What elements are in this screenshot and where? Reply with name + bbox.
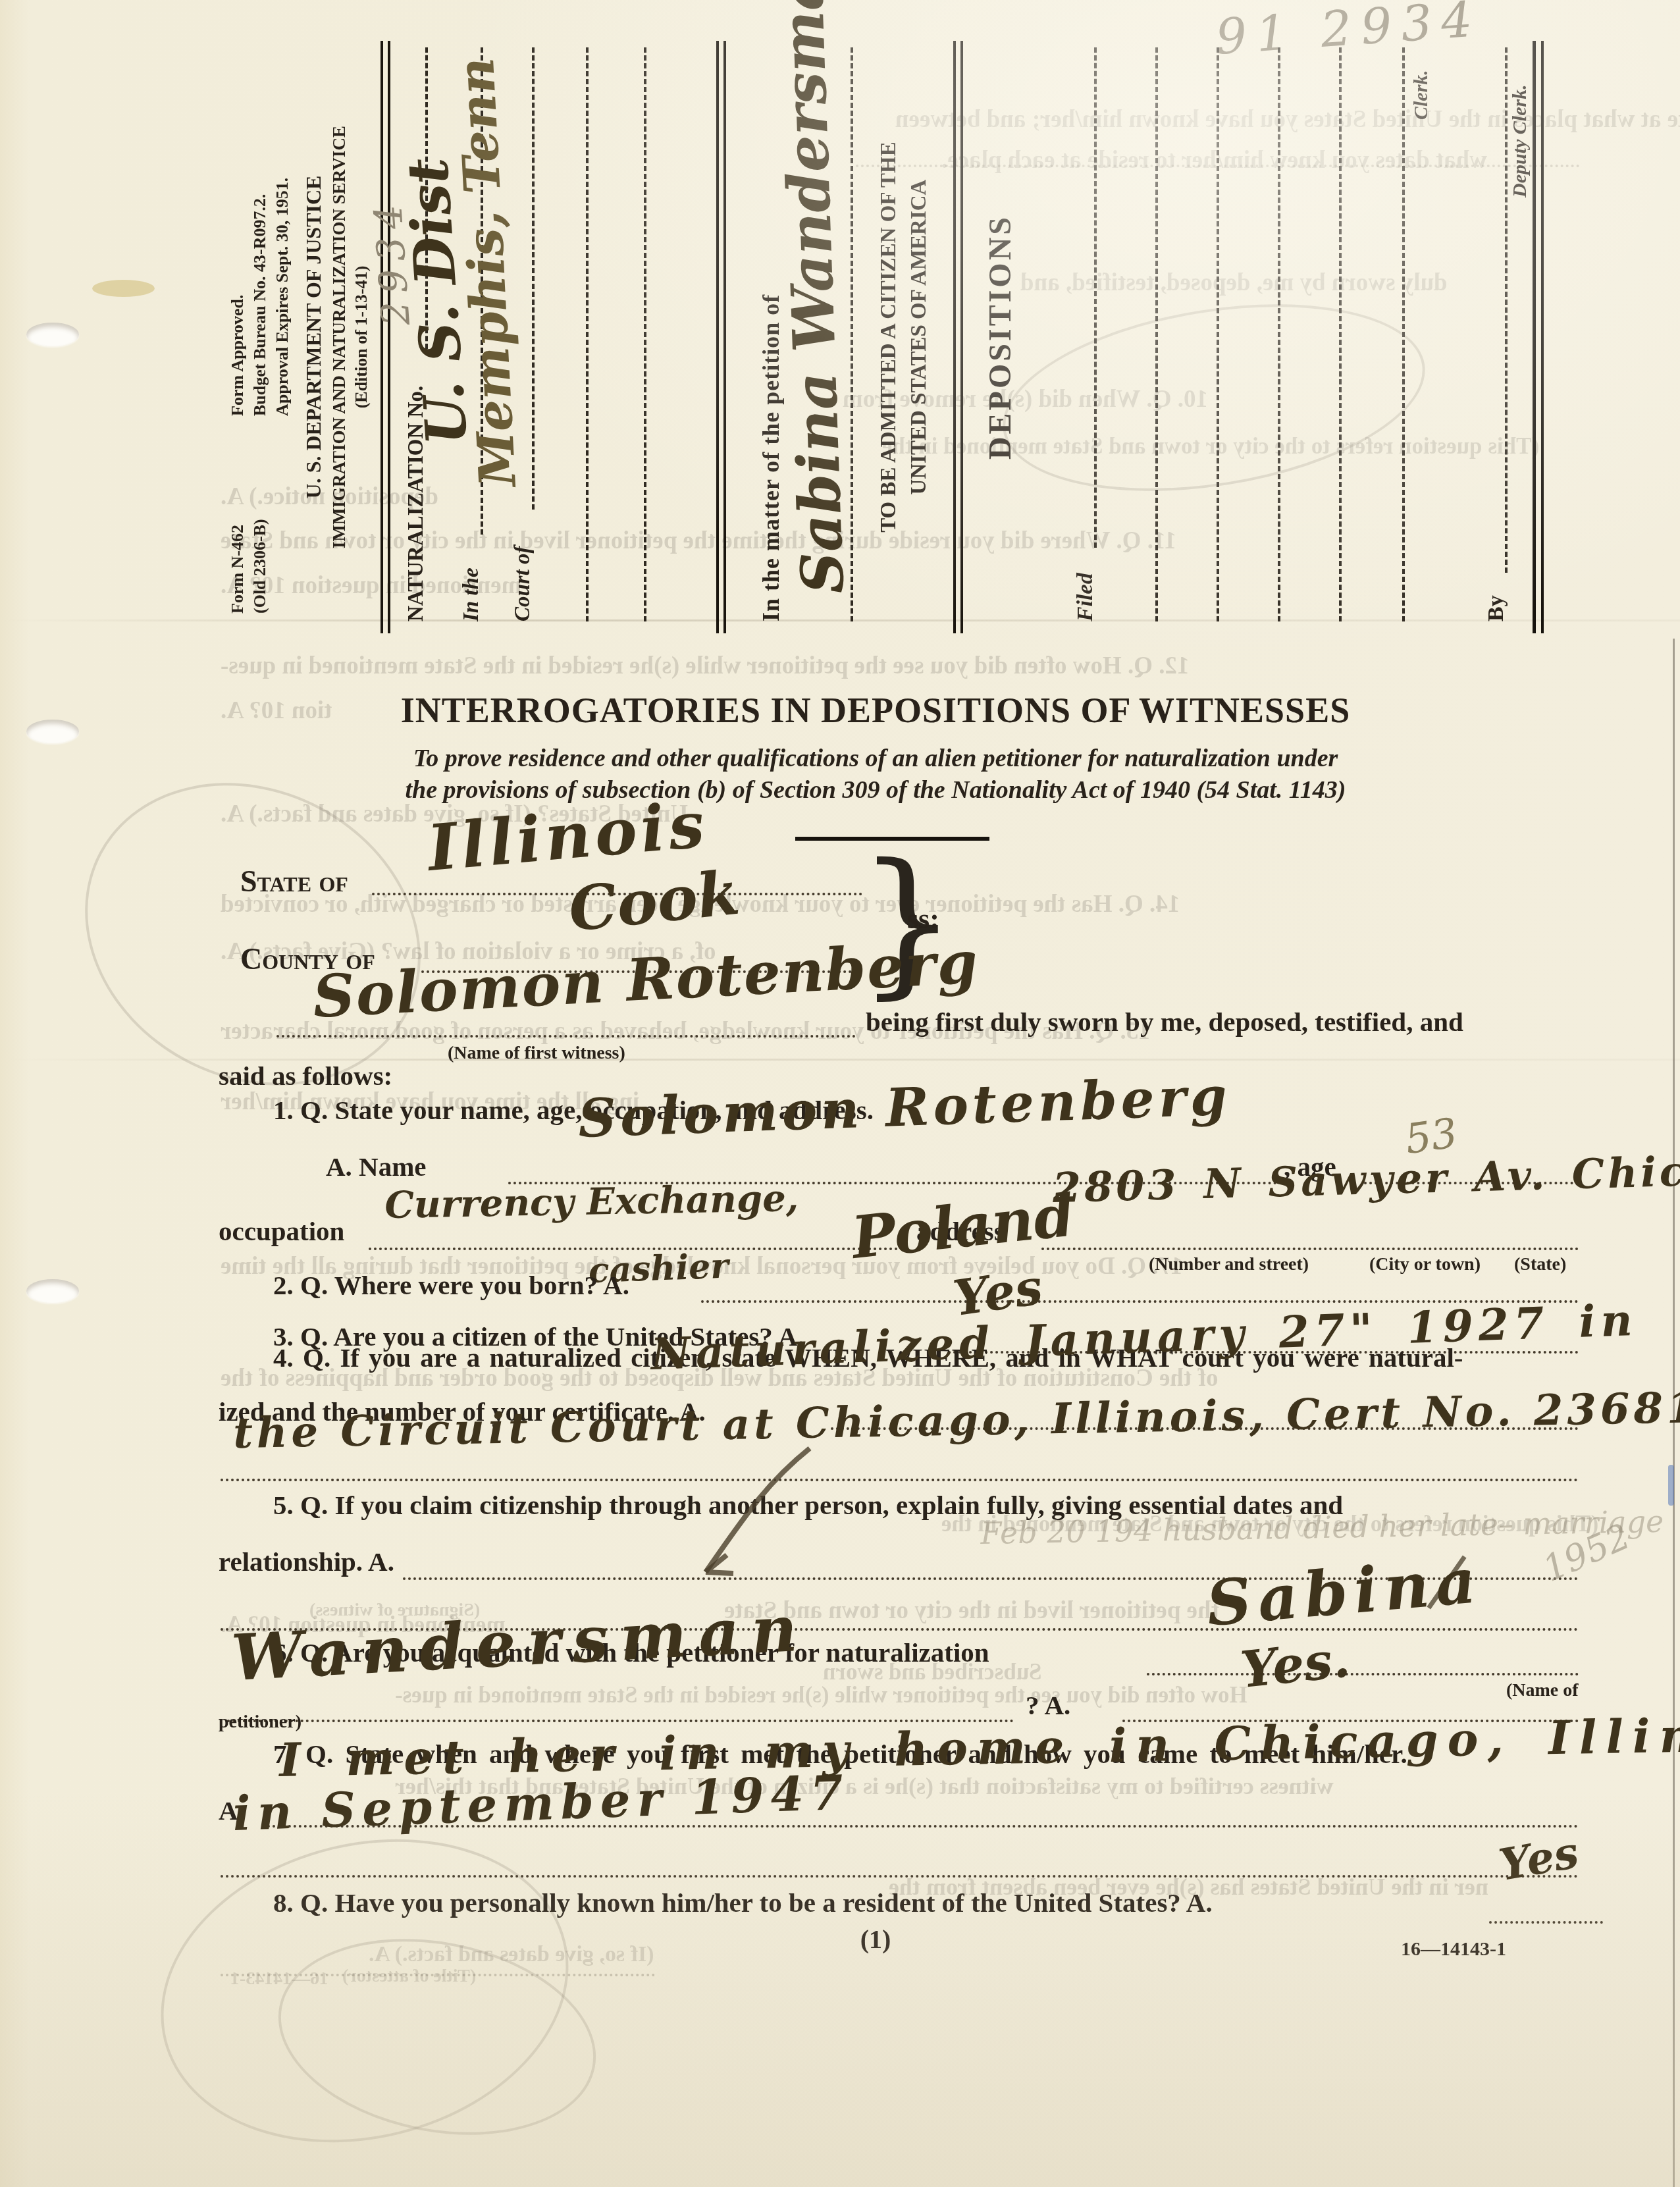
by-label: By	[1484, 595, 1509, 621]
form-number: Form N-462	[228, 525, 248, 614]
sworn-text: being first duly sworn by me, deposed, t…	[866, 1006, 1463, 1038]
q6-answer-first: Sabina	[1203, 1544, 1484, 1641]
q1-state-caption: (State)	[1514, 1254, 1566, 1275]
punch-hole	[26, 720, 79, 743]
question-5-line2: relationship. A.	[219, 1546, 394, 1577]
clerk-line	[1402, 47, 1405, 621]
court-of-line	[532, 47, 535, 510]
q1-name-label: A. Name	[326, 1151, 427, 1182]
header-rule	[381, 41, 390, 633]
subtitle-line1: To prove residence and other qualificati…	[217, 744, 1534, 773]
blank-line	[1278, 47, 1280, 621]
endorsement-header-rotated: Form N-462 (Old 2306-B) Form Approved. B…	[217, 41, 1542, 633]
clerk-label: Clerk.	[1410, 70, 1432, 120]
q1-occupation-value: Currency Exchange,	[384, 1176, 799, 1227]
bleed-text: 12. Q. How often did you see the petitio…	[221, 652, 1189, 680]
form-number-old: (Old 2306-B)	[250, 519, 270, 614]
service-name: IMMIGRATION AND NATURALIZATION SERVICE	[329, 41, 350, 633]
blank-line	[1155, 47, 1158, 621]
state-of-label: State of	[240, 864, 348, 899]
witness-name-caption: (Name of first witness)	[448, 1043, 625, 1064]
petitioner-name-line	[851, 47, 853, 621]
to-be-admitted-line1: TO BE ADMITTED A CITIZEN OF THE	[877, 41, 901, 633]
blank-line	[644, 47, 646, 621]
witness-name-line	[276, 1035, 856, 1038]
filed-label: Filed	[1073, 573, 1098, 621]
q4-answer-line2	[221, 1479, 1579, 1481]
subtitle-line2: the provisions of subsection (b) of Sect…	[217, 776, 1534, 804]
pen-arrow-mark	[645, 1442, 843, 1593]
q1-occupation-label: occupation	[219, 1215, 344, 1247]
bleed-text: How often did you see the petitioner whi…	[395, 1682, 1247, 1708]
by-line	[1505, 47, 1508, 573]
q1-address-value: 2803 N Sawyer Av. Chicago	[1052, 1145, 1680, 1212]
q6-mid-label: ? A.	[1026, 1689, 1070, 1721]
filed-line	[1094, 47, 1097, 548]
q1-address-line	[1041, 1248, 1579, 1250]
punch-hole	[26, 323, 79, 346]
q6-name-of-caption: (Name of	[1506, 1680, 1579, 1701]
q6-answer-yes: Yes.	[1238, 1629, 1353, 1699]
print-code: 16—14143-1	[1401, 1938, 1506, 1961]
q1-city-caption: (City or town)	[1369, 1254, 1481, 1275]
approval-expires: Approval Expires Sept. 30, 1951.	[273, 178, 292, 416]
header-edge-rule	[1533, 41, 1544, 633]
header-rule	[716, 41, 726, 633]
q1-street-caption: (Number and street)	[1149, 1254, 1309, 1275]
deputy-clerk-label: Deputy Clerk.	[1509, 84, 1531, 198]
q6-answer-line1	[1147, 1673, 1579, 1675]
depositions-title: DEPOSITIONS	[982, 41, 1018, 633]
blue-ink-mark	[1668, 1465, 1674, 1506]
said-as-follows: said as follows:	[219, 1060, 392, 1092]
glue-smudge	[92, 280, 155, 297]
header-rule	[953, 41, 963, 633]
edition-note: (Edition of 1-13-41)	[352, 41, 371, 633]
department-name: U. S. DEPARTMENT OF JUSTICE	[302, 41, 326, 633]
question-8: 8. Q. Have you personally known him/her …	[273, 1887, 1213, 1918]
in-the-label: In the	[459, 567, 484, 621]
scanned-document-page: 9. Q. State at what places in the United…	[0, 0, 1680, 2187]
blank-line	[1339, 47, 1342, 621]
page-number: (1)	[217, 1924, 1534, 1955]
q6-petitioner-caption: petitioner)	[219, 1712, 302, 1733]
punch-hole	[26, 1279, 79, 1303]
q8-answer-value: Yes	[1495, 1826, 1582, 1891]
court-of-label: Court of	[511, 546, 535, 621]
q4-answer-value2: the Circuit Court at Chicago, Illinois, …	[233, 1382, 1680, 1458]
q1-name-value: Solomon Rotenberg	[577, 1065, 1232, 1149]
endorsement-header: Form N-462 (Old 2306-B) Form Approved. B…	[217, 41, 1542, 633]
blank-line	[1217, 47, 1219, 621]
form-approved: Form Approved.	[228, 295, 248, 416]
to-be-admitted-line2: UNITED STATES OF AMERICA	[907, 41, 932, 633]
budget-bureau: Budget Bureau No. 43-R097.2.	[250, 194, 270, 416]
blank-line	[586, 47, 589, 621]
page-title: INTERROGATORIES IN DEPOSITIONS OF WITNES…	[217, 690, 1534, 731]
q7-answer-line2	[221, 1875, 1579, 1878]
question-2: 2. Q. Where were you born? A.	[273, 1269, 629, 1301]
